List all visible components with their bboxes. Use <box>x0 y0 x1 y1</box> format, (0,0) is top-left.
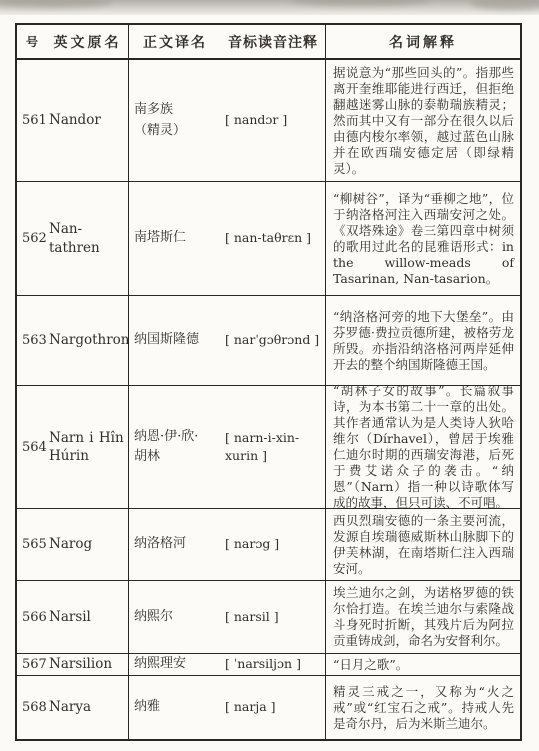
table-row-name-cell: 565 Narog <box>17 509 129 581</box>
chinese-name: 纳雅 <box>134 697 224 717</box>
table-row-definition-cell: “日月之歌”。 <box>326 654 520 676</box>
table-row-definition-cell: “柳树谷”，译为“垂柳之地”，位于纳洛格河注入西瑞安河之处。《双塔殊途》卷三第四… <box>326 182 520 296</box>
table-row-definition-cell: “胡林子女的故事”。长篇叙事诗，为本书第二十一章的出处。其作者通常认为是人类诗人… <box>326 386 520 509</box>
definition-text: “纳洛格河旁的地下大堡垒”。由芬罗德·费拉贡德所建，被格劳龙所毁。亦指沿纳洛格河… <box>333 309 514 373</box>
table-row-definition-cell: 精灵三戒之一，又称为“火之戒”或“红宝石之戒”。持戒人先是奇尔丹，后为米斯兰迪尔… <box>326 676 520 739</box>
chinese-name: 南塔斯仁 <box>134 228 224 248</box>
phonetic-transcription: [ nan-taθrɛn ] <box>224 229 322 247</box>
table-row-translation-cell: 纳雅 [ narja ] <box>129 676 326 739</box>
table-row-translation-cell: 南塔斯仁 [ nan-taθrɛn ] <box>129 182 326 296</box>
row-number: 567 <box>22 657 49 672</box>
row-number: 561 <box>22 113 49 128</box>
english-name: Narsil <box>49 608 125 626</box>
definition-text: 据说意为“那些回头的”。指那些离开奎维耶能进行西迁，但拒绝翻越迷雾山脉的泰勒瑞族… <box>333 65 514 177</box>
header-definition: 名词解释 <box>326 25 520 60</box>
table-row-name-cell: 568 Narya <box>17 676 129 739</box>
table-row-translation-cell: 纳熙尔 [ narsil ] <box>129 581 326 654</box>
row-number: 566 <box>22 610 49 625</box>
chinese-name: 纳洛格河 <box>134 534 224 554</box>
english-name: Narog <box>49 535 125 553</box>
table-row-name-cell: 566 Narsil <box>17 581 129 654</box>
english-name: Nan-tathren <box>49 220 125 256</box>
definition-text: “日月之歌”。 <box>333 657 514 673</box>
phonetic-transcription: [ narn-i-xin-xurin ] <box>224 429 322 465</box>
row-number: 564 <box>22 440 49 455</box>
header-phonetic: 音标读音注释 <box>221 32 325 52</box>
phonetic-transcription: [ nandɔr ] <box>224 111 322 129</box>
table-row-name-cell: 563 Nargothrond <box>17 296 129 386</box>
definition-text: 埃兰迪尔之剑，为诺格罗德的铁尔恰打造。在埃兰迪尔与索隆战斗身死时折断，其残片后为… <box>333 585 514 649</box>
definition-text: 精灵三戒之一，又称为“火之戒”或“红宝石之戒”。持戒人先是奇尔丹，后为米斯兰迪尔… <box>333 684 514 732</box>
row-number: 568 <box>22 700 49 715</box>
definition-text: “胡林子女的故事”。长篇叙事诗，为本书第二十一章的出处。其作者通常认为是人类诗人… <box>333 386 514 509</box>
table-row-definition-cell: 埃兰迪尔之剑，为诺格罗德的铁尔恰打造。在埃兰迪尔与索隆战斗身死时折断，其残片后为… <box>326 581 520 654</box>
table-row-name-cell: 561 Nandor <box>17 60 129 182</box>
english-name: Narn i Hîn Húrin <box>49 429 125 465</box>
header-cell-translation: 正文译名 音标读音注释 <box>129 25 326 60</box>
phonetic-transcription: [ ˈnarsiljɔn ] <box>224 655 322 673</box>
row-number: 562 <box>22 231 49 246</box>
chinese-name: 纳熙理安 <box>134 654 224 674</box>
table-row-definition-cell: “纳洛格河旁的地下大堡垒”。由芬罗德·费拉贡德所建，被格劳龙所毁。亦指沿纳洛格河… <box>326 296 520 386</box>
phonetic-transcription: [ narja ] <box>224 698 322 716</box>
chinese-name: 纳国斯隆德 <box>134 330 224 350</box>
header-english-name: 英文原名 <box>47 32 128 52</box>
table-row-translation-cell: 纳恩·伊·欣· 胡林 [ narn-i-xin-xurin ] <box>129 386 326 509</box>
table-row-translation-cell: 纳洛格河 [ narɔg ] <box>129 509 326 581</box>
phonetic-transcription: [ narˈgɔθrɔnd ] <box>224 331 322 349</box>
definition-text: “柳树谷”，译为“垂柳之地”，位于纳洛格河注入西瑞安河之处。《双塔殊途》卷三第四… <box>333 191 514 287</box>
table-row-definition-cell: 西贝烈瑞安德的一条主要河流，发源自埃瑞德威斯林山脉脚下的伊芙林湖，在南塔斯仁注入… <box>326 509 520 581</box>
table-row-translation-cell: 纳国斯隆德 [ narˈgɔθrɔnd ] <box>129 296 326 386</box>
english-name: Narsilion <box>49 655 125 673</box>
chinese-name: 纳熙尔 <box>134 607 224 627</box>
table-row-translation-cell: 纳熙理安 [ ˈnarsiljɔn ] <box>129 654 326 676</box>
header-chinese-name: 正文译名 <box>129 32 221 52</box>
table-row-definition-cell: 据说意为“那些回头的”。指那些离开奎维耶能进行西迁，但拒绝翻越迷雾山脉的泰勒瑞族… <box>326 60 520 182</box>
english-name: Narya <box>49 698 125 716</box>
glossary-table: 号 英文原名 正文译名 音标读音注释 名词解释 561 Nandor 南多族 （… <box>15 23 522 741</box>
header-definition-label: 名词解释 <box>389 32 457 52</box>
table-row-translation-cell: 南多族 （精灵） [ nandɔr ] <box>129 60 326 182</box>
phonetic-transcription: [ narɔg ] <box>224 535 322 553</box>
english-name: Nargothrond <box>49 331 129 349</box>
table-row-name-cell: 562 Nan-tathren <box>17 182 129 296</box>
row-number: 563 <box>22 333 49 348</box>
chinese-name: 南多族 （精灵） <box>134 100 224 140</box>
definition-text: 西贝烈瑞安德的一条主要河流，发源自埃瑞德威斯林山脉脚下的伊芙林湖，在南塔斯仁注入… <box>333 513 514 577</box>
chinese-name: 纳恩·伊·欣· 胡林 <box>134 427 224 467</box>
table-row-name-cell: 564 Narn i Hîn Húrin <box>17 386 129 509</box>
table-row-name-cell: 567 Narsilion <box>17 654 129 676</box>
english-name: Nandor <box>49 111 125 129</box>
header-cell-name: 号 英文原名 <box>17 25 129 60</box>
row-number: 565 <box>22 537 49 552</box>
phonetic-transcription: [ narsil ] <box>224 608 322 626</box>
header-no: 号 <box>17 33 47 50</box>
